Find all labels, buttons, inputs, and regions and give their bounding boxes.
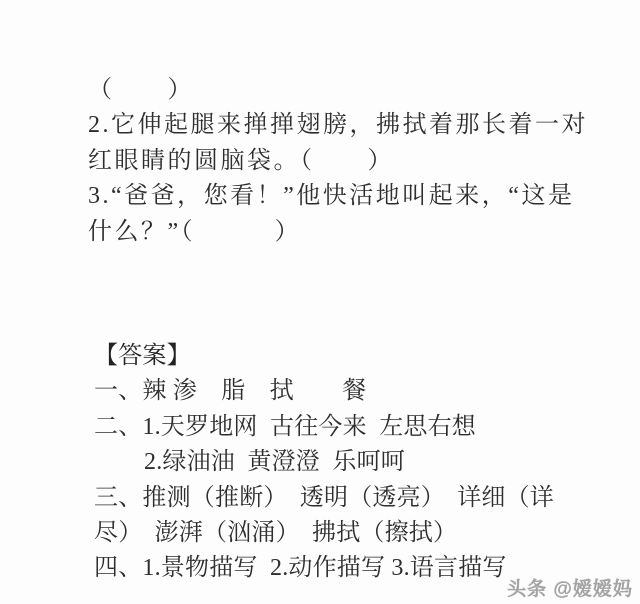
exercise-blank-parens: （ ）	[88, 73, 608, 108]
exercise-section: （ ） 2.它伸起腿来掸掸翅膀，拂拭着那长着一对 红眼睛的圆脑袋。（ ） 3.“…	[88, 73, 608, 250]
worksheet-page: （ ） 2.它伸起腿来掸掸翅膀，拂拭着那长着一对 红眼睛的圆脑袋。（ ） 3.“…	[88, 73, 608, 587]
toutiao-watermark: 头条 @嫒嫒妈	[507, 574, 633, 601]
exercise-line-2: 2.它伸起腿来掸掸翅膀，拂拭着那长着一对	[88, 108, 608, 143]
answer-line-2-item2: 2.绿油油 黄澄澄 乐呵呵	[94, 445, 608, 480]
exercise-line-3-cont: 什么？”（ ）	[88, 215, 608, 250]
answer-heading: 【答案】	[94, 339, 608, 374]
answer-section: 【答案】 一、辣 渗 脂 拭 餐 二、1.天罗地网 古往今来 左思右想 2.绿油…	[94, 339, 608, 587]
exercise-line-3: 3.“爸爸，您看！”他快活地叫起来，“这是	[88, 179, 608, 214]
exercise-line-2-cont: 红眼睛的圆脑袋。（ ）	[88, 144, 608, 179]
answer-line-3: 三、推测（推断） 透明（透亮） 详细（详	[94, 481, 608, 516]
answer-line-2: 二、1.天罗地网 古往今来 左思右想	[94, 410, 608, 445]
answer-line-1: 一、辣 渗 脂 拭 餐	[94, 374, 608, 409]
answer-line-3-cont: 尽） 澎湃（汹涌） 拂拭（擦拭）	[94, 516, 608, 551]
